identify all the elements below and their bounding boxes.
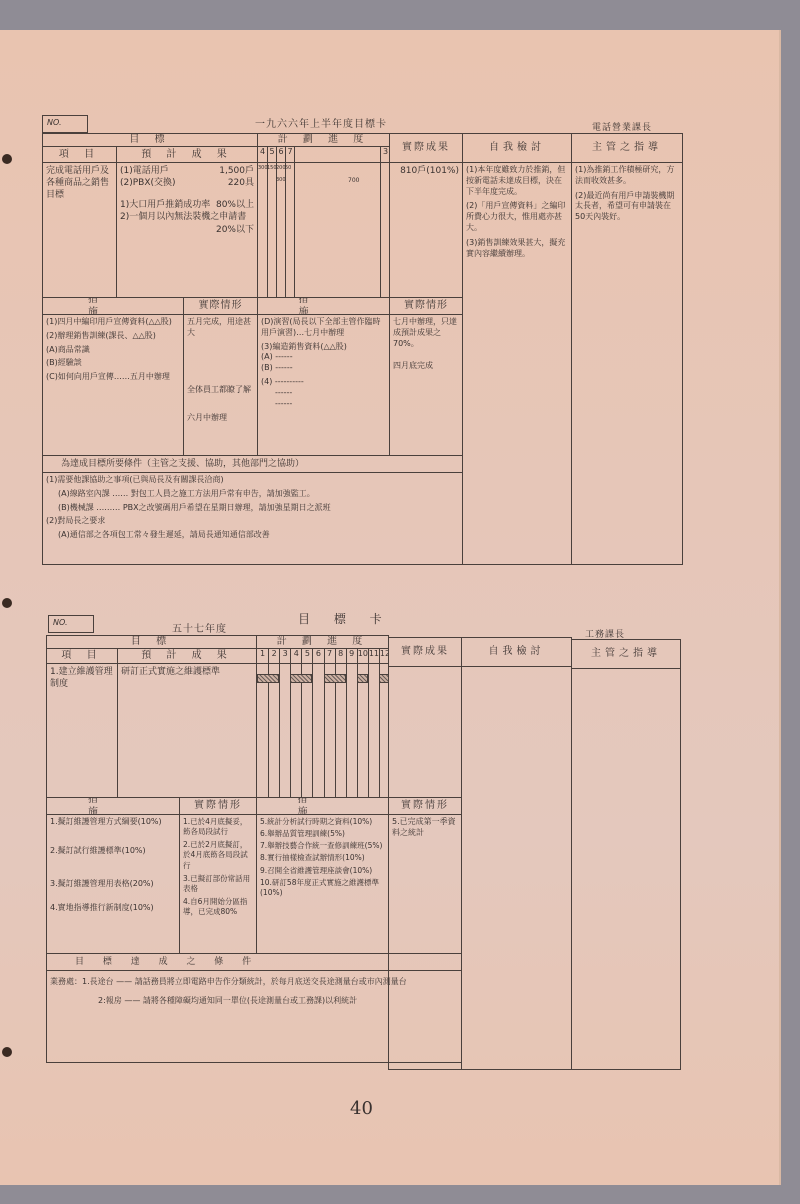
month-label: 9 bbox=[346, 649, 357, 663]
measures-list: (D)演習(局長以下全部主管作臨時用戶演習)…七月中辦理 (3)編造銷售資料(△… bbox=[257, 314, 390, 456]
header-expected: 預 計 成 果 bbox=[116, 146, 258, 163]
actual-result: 810戶(101%) bbox=[389, 162, 463, 298]
situation-header: 實際情形 bbox=[388, 797, 462, 815]
month-label: 1 bbox=[257, 649, 268, 663]
expected-value: 1,500戶 bbox=[219, 165, 254, 177]
conditions-body: 業務處：1.長途台 —— 請話務員將立即電路申告作分類統計，於每月底送交長途測量… bbox=[46, 970, 462, 1063]
expected-text: 2)一個月以內無法裝機之申請書 bbox=[120, 212, 246, 222]
measure-item: 2.擬訂試行維護標準(10%) bbox=[50, 846, 176, 857]
header-supervisor: 主管之指導 bbox=[571, 133, 683, 163]
situation-list: 5.已完成第一季資料之統計 bbox=[388, 814, 462, 954]
goal-item: 完成電話用戶及各種商品之銷售目標 bbox=[42, 162, 117, 298]
measure-item: 10.研訂58年度正式實施之維護標準(10%) bbox=[260, 878, 385, 898]
card-title: 目 標 卡 bbox=[298, 610, 392, 627]
review-item: (3)銷售訓練效果甚大，擬充實內容繼續辦理。 bbox=[466, 238, 568, 260]
expected-line: (2)PBX(交換)220具 bbox=[120, 177, 254, 189]
measure-item: 8.實行抽樣檢查試辦情形(10%) bbox=[260, 853, 385, 863]
measures-list: (1)四月中編印用戶宣傳資料(△△股) (2)辦理銷售訓練(課長、△△股) (A… bbox=[42, 314, 184, 456]
card-owner: 電話營業課長 bbox=[592, 120, 652, 133]
month-label: 2 bbox=[268, 649, 279, 663]
month-label: 4 bbox=[258, 147, 267, 162]
measure-item: (2)辦理銷售訓練(課長、△△股) bbox=[46, 331, 180, 342]
month-label: 10 bbox=[357, 649, 368, 663]
month-label: 7 bbox=[285, 147, 294, 162]
conditions-header: 目 標 達 成 之 條 件 bbox=[46, 953, 462, 971]
header-schedule: 計 劃 進 度 bbox=[257, 133, 390, 147]
header-goal: 目 標 bbox=[46, 635, 257, 649]
expected-text: (2)PBX(交換) bbox=[120, 177, 176, 189]
expected-line: (1)電話用戶1,500戶 bbox=[120, 165, 254, 177]
schedule-value: 700 bbox=[348, 177, 359, 185]
card-year: 五十七年度 bbox=[172, 620, 227, 635]
measures-list: 5.統計分析試行時期之資料(10%) 6.舉辦品質管理訓練(5%) 7.舉辦技藝… bbox=[256, 814, 389, 954]
binding-hole bbox=[2, 598, 12, 608]
header-actual: 實際成果 bbox=[388, 637, 462, 667]
situation-item: 1.已於4月底擬妥，飭各局段試行 bbox=[183, 817, 253, 837]
situation-item: 七月中辦理，只達成預計成果之70%。 bbox=[393, 317, 459, 349]
supervisor-guidance bbox=[571, 668, 681, 1070]
month-header-row: 123456789101112 bbox=[256, 648, 389, 664]
month-label: 5 bbox=[301, 649, 312, 663]
header-expected: 預 計 成 果 bbox=[117, 648, 257, 664]
measure-item: 3.擬訂維護管理用表格(20%) bbox=[50, 879, 176, 890]
schedule-bar bbox=[257, 674, 279, 683]
measure-item: 7.舉辦技藝合作統一查修訓練班(5%) bbox=[260, 841, 385, 851]
measure-item: 5.統計分析試行時期之資料(10%) bbox=[260, 817, 385, 827]
conditions-header: 為達成目標所要條件（主管之支援、協助，其他部門之協助） bbox=[42, 455, 463, 473]
schedule-grid bbox=[256, 663, 389, 798]
expected-text: (1)電話用戶 bbox=[120, 165, 169, 177]
expected-value: 20%以下 bbox=[120, 224, 254, 236]
self-review bbox=[461, 666, 572, 1070]
measure-item: (A)商品常識 bbox=[46, 345, 180, 356]
card-number-box: NO. bbox=[42, 115, 88, 133]
header-schedule: 計 劃 進 度 bbox=[256, 635, 389, 649]
month-label: 5 bbox=[267, 147, 276, 162]
measure-item: (B) ------ bbox=[261, 363, 386, 374]
supervisor-guidance: (1)為推銷工作積極研究，方法而收效甚多。 (2)最近尚有用戶申請裝機期太長者，… bbox=[571, 162, 683, 565]
measure-item: ------ bbox=[261, 399, 386, 410]
situation-item: 四月底完成 bbox=[393, 361, 459, 372]
situation-item: 五月完成，用途甚大 bbox=[187, 317, 254, 339]
expected-value: 220具 bbox=[228, 177, 254, 189]
header-goal: 目 標 bbox=[42, 133, 258, 147]
measures-list: 1.擬訂維護管理方式綱要(10%) 2.擬訂試行維護標準(10%) 3.擬訂維護… bbox=[46, 814, 180, 954]
measure-item: ------ bbox=[261, 388, 386, 399]
condition-item: 業務處：1.長途台 —— 請話務員將立即電路申告作分類統計，於每月底送交長途測量… bbox=[50, 977, 458, 988]
condition-item: (B)機械課 ……… PBX之改號碼用戶希望在星期日辦理，請加強星期日之派班 bbox=[46, 503, 459, 514]
expected-line: 2)一個月以內無法裝機之申請書 bbox=[120, 211, 254, 223]
guidance-item: (2)最近尚有用戶申請裝機期太長者，希望可有申請裝在50天內裝好。 bbox=[575, 191, 679, 223]
binding-hole bbox=[2, 1047, 12, 1057]
situation-header: 實際情形 bbox=[179, 797, 257, 815]
situation-item: 2.已於2月底擬訂，於4月底飭各局段試行 bbox=[183, 840, 253, 870]
measure-item: (A) ------ bbox=[261, 352, 386, 363]
situation-list: 七月中辦理，只達成預計成果之70%。 四月底完成 bbox=[389, 314, 463, 456]
measure-item: (B)經驗談 bbox=[46, 358, 180, 369]
month-label: 11 bbox=[368, 649, 379, 663]
month-label: 7 bbox=[324, 649, 335, 663]
measure-item: (D)演習(局長以下全部主管作臨時用戶演習)…七月中辦理 bbox=[261, 317, 386, 339]
situation-header: 實際情形 bbox=[183, 297, 258, 315]
schedule-value: 50 bbox=[285, 165, 291, 172]
month-label: 4 bbox=[290, 649, 301, 663]
measures-header: 措 施 bbox=[46, 797, 180, 815]
condition-item: (A)線路室內課 …… 對包工人員之施工方法用戶常有申告，請加強監工。 bbox=[46, 489, 459, 500]
month-label: 8 bbox=[335, 649, 346, 663]
self-review: (1)本年度雖致力於推銷，但按新電話未達成目標，決在下半年度完成。 (2)「用戶… bbox=[462, 162, 572, 565]
situation-list: 五月完成，用途甚大 全体員工都瞭了解 六月中辦理 bbox=[183, 314, 258, 456]
measure-item: (C)如何向用戶宣傳……五月中辦理 bbox=[46, 372, 180, 383]
situation-header: 實際情形 bbox=[389, 297, 463, 315]
month-label bbox=[294, 147, 380, 162]
schedule-bar bbox=[357, 674, 368, 683]
expected-text: 1)大口用戶推銷成功率 bbox=[120, 199, 210, 211]
header-supervisor: 主管之指導 bbox=[571, 639, 681, 669]
measures-header: 措 施 bbox=[256, 797, 389, 815]
measures-header: 措 施 bbox=[42, 297, 184, 315]
condition-item: (A)通信部之各項包工常々發生遲延，請局長通知通信部改善 bbox=[46, 530, 459, 541]
binding-hole bbox=[2, 154, 12, 164]
measure-item: 6.舉辦品質管理訓練(5%) bbox=[260, 829, 385, 839]
month-header-row: 4 5 6 7 3 bbox=[257, 146, 390, 163]
review-item: (2)「用戶宣傳資料」之編印所費心力很大，惟用處亦甚大。 bbox=[466, 201, 568, 233]
review-item: (1)本年度雖致力於推銷，但按新電話未達成目標，決在下半年度完成。 bbox=[466, 165, 568, 197]
situation-item: 3.已擬訂部份常話用表格 bbox=[183, 874, 253, 894]
situation-item: 5.已完成第一季資料之統計 bbox=[392, 817, 458, 839]
month-label: 3 bbox=[380, 147, 390, 162]
month-label: 6 bbox=[276, 147, 285, 162]
measure-item: (4) ---------- bbox=[261, 377, 386, 388]
month-label: 12 bbox=[379, 649, 389, 663]
measure-item: 1.擬訂維護管理方式綱要(10%) bbox=[50, 817, 176, 828]
measure-item: (3)編造銷售資料(△△股) bbox=[261, 342, 386, 353]
measures-header: 措 施 bbox=[257, 297, 390, 315]
measure-item: (1)四月中編印用戶宣傳資料(△△股) bbox=[46, 317, 180, 328]
situation-list: 1.已於4月底擬妥，飭各局段試行 2.已於2月底擬訂，於4月底飭各局段試行 3.… bbox=[179, 814, 257, 954]
header-actual: 實際成果 bbox=[389, 133, 463, 163]
conditions-body: (1)需要他課協助之事項(已與局長及有關課長洽商) (A)線路室內課 …… 對包… bbox=[42, 472, 463, 565]
schedule-value: 300 bbox=[276, 177, 286, 184]
measure-item: 4.實地指導推行新制度(10%) bbox=[50, 903, 176, 914]
card-number-box: NO. bbox=[48, 615, 94, 633]
schedule-bar bbox=[324, 674, 346, 683]
condition-item: 2:報房 —— 請將各種障礙均通知同一單位(長途測量台或工務課)以利統計 bbox=[50, 996, 458, 1007]
condition-item: (1)需要他課協助之事項(已與局長及有關課長洽商) bbox=[46, 475, 459, 486]
measure-item: 9.召開全省維護管理座談會(10%) bbox=[260, 866, 385, 876]
situation-item: 六月中辦理 bbox=[187, 413, 254, 424]
header-item: 項 目 bbox=[46, 648, 118, 664]
header-self-review: 自我檢討 bbox=[462, 133, 572, 163]
card-title: 一九六六年上半年度目標卡 bbox=[255, 115, 387, 130]
condition-item: (2)對局長之要求 bbox=[46, 516, 459, 527]
expected-value: 80%以上 bbox=[216, 199, 254, 211]
schedule-grid: 300 150 200 50 300 700 bbox=[257, 162, 390, 298]
month-label: 3 bbox=[279, 649, 290, 663]
goal-item: 1.建立維護管理制度 bbox=[46, 663, 118, 798]
expected-results: 研訂正式實施之維護標準 bbox=[117, 663, 257, 798]
header-self-review: 自我檢討 bbox=[461, 637, 572, 667]
page-number: 40 bbox=[350, 1098, 373, 1119]
situation-item: 全体員工都瞭了解 bbox=[187, 385, 254, 396]
expected-results: (1)電話用戶1,500戶 (2)PBX(交換)220具 1)大口用戶推銷成功率… bbox=[116, 162, 258, 298]
guidance-item: (1)為推銷工作積極研究，方法而收效甚多。 bbox=[575, 165, 679, 187]
expected-line: 1)大口用戶推銷成功率80%以上 bbox=[120, 199, 254, 211]
header-item: 項 目 bbox=[42, 146, 117, 163]
schedule-bar bbox=[290, 674, 312, 683]
situation-item: 4.自6月開始分區指導，已完成80% bbox=[183, 897, 253, 917]
month-label: 6 bbox=[312, 649, 323, 663]
